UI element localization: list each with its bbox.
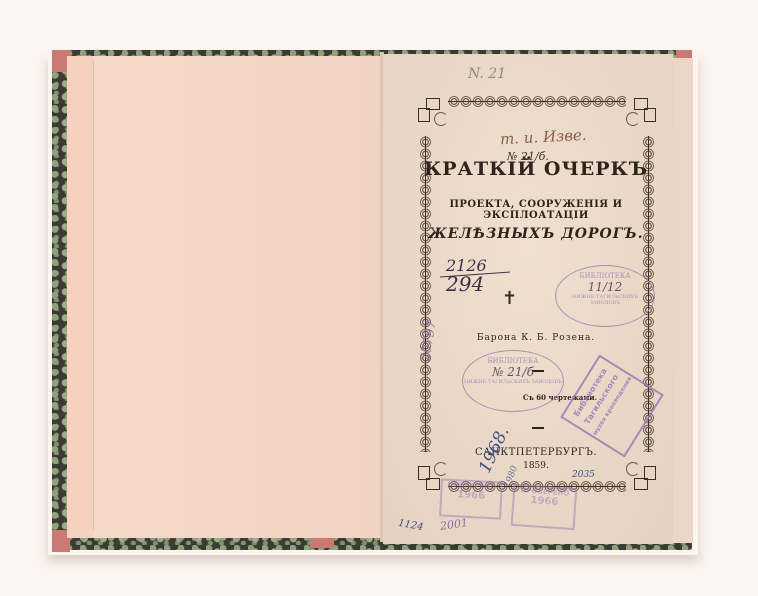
imprint-year: 1859. bbox=[400, 461, 672, 471]
stamp-oval-upper-title: БИБЛІОТЕКА bbox=[556, 272, 654, 280]
endpaper-flap bbox=[67, 56, 93, 538]
title-line-2: ПРОЕКТА, СООРУЖЕНІЯ И ЭКСПЛОАТАЦІИ bbox=[400, 199, 672, 221]
frame-border-left bbox=[420, 136, 431, 452]
inventory-check-stamp-2: ПРОВЕРЕНО 1966 bbox=[511, 484, 578, 530]
cross-mark: ✝ bbox=[502, 288, 517, 309]
endpaper-fold-line bbox=[93, 60, 94, 530]
small-number-2035: 2035 bbox=[572, 470, 595, 480]
stamp-oval-lower-handwritten: № 21/б bbox=[463, 365, 563, 379]
frame-border-top bbox=[448, 96, 626, 107]
stamp-oval-lower-footer: НИЖНЕ-ТАГИЛЬСКИХЪ ЗАВОДОВЪ bbox=[463, 379, 563, 385]
frame-corner-ornament-tr bbox=[624, 92, 658, 132]
separator-dash-2 bbox=[532, 427, 544, 429]
left-endpaper bbox=[67, 56, 380, 538]
stamp-oval-lower-title: БИБЛІОТЕКА bbox=[463, 357, 563, 365]
library-stamp-oval-lower: БИБЛІОТЕКА № 21/б НИЖНЕ-ТАГИЛЬСКИХЪ ЗАВО… bbox=[462, 350, 564, 412]
imprint-city: САНКТПЕТЕРБУРГЪ. bbox=[400, 447, 672, 458]
title-line-3: ЖЕЛѢЗНЫХЪ ДОРОГЪ. bbox=[400, 226, 672, 242]
frame-corner-ornament-tl bbox=[416, 92, 450, 132]
inventory-number: № 21/б. bbox=[507, 150, 549, 163]
stamp-oval-upper-footer: НИЖНЕ-ТАГИЛЬСКИХЪ ЗАВОДОВЪ bbox=[556, 294, 654, 306]
stamp-oval-upper-handwritten: 11/12 bbox=[556, 280, 654, 294]
fraction-denominator: 294 bbox=[446, 272, 484, 296]
pencil-number-top: N. 21 bbox=[468, 66, 506, 82]
inventory-check-stamp-1: ПРОВЕРЕНО 1966 bbox=[439, 478, 503, 519]
library-stamp-oval-upper: БИБЛІОТЕКА 11/12 НИЖНЕ-ТАГИЛЬСКИХЪ ЗАВОД… bbox=[555, 265, 655, 327]
author-line: Барона К. Б. Розена. bbox=[400, 333, 672, 343]
